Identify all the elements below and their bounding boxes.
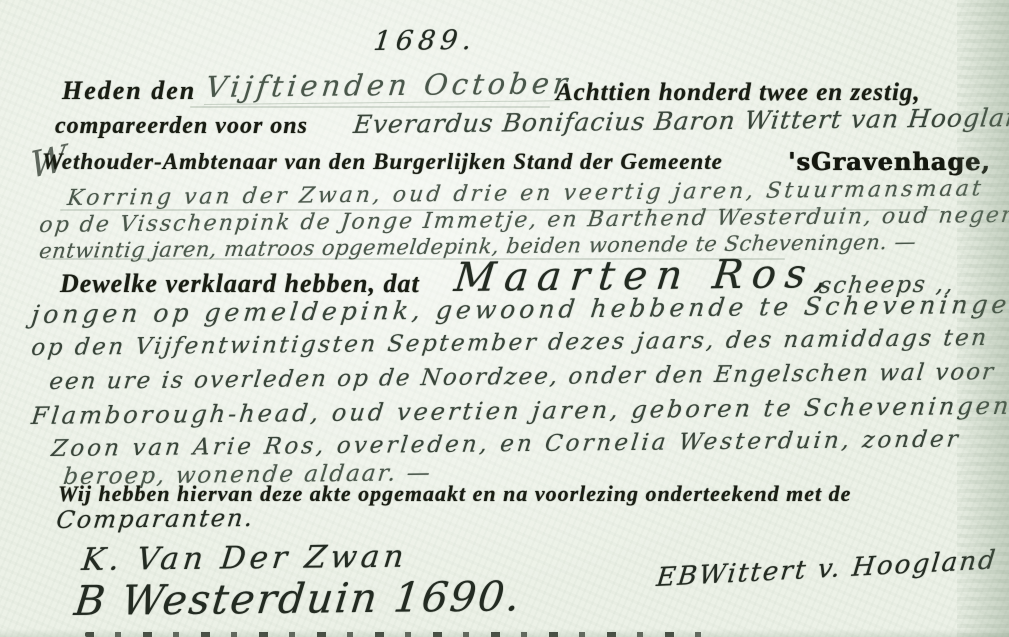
city-gravenhage: 'sGravenhage, (788, 147, 991, 176)
signature-wittert-van-hoogland: EBWittert v. Hoogland (655, 545, 999, 593)
closing-printed: Wij hebben hiervan deze akte opgemaakt e… (58, 481, 851, 507)
signature-westerduin: B Westerduin 1690. (72, 572, 524, 625)
body-line-5: Zoon van Arie Ros, overleden, en Corneli… (50, 426, 962, 462)
closing-comparanten: Comparanten. (55, 504, 256, 534)
opening-printed-heden-den: Heden den (62, 76, 196, 106)
date-handwritten: Vijftienden October (204, 66, 573, 105)
act-number: 1689. (372, 25, 478, 57)
death-certificate-scan: 1689. Heden den Vijftienden October Acht… (0, 0, 1009, 637)
official-title-printed: Wethouder-Ambtenaar van den Burgerlijken… (42, 149, 723, 175)
opening-year-printed: Achttien honderd twee en zestig, (556, 79, 921, 107)
cut-off-next-line-marks (85, 632, 705, 637)
declaration-printed: Dewelke verklaard hebben, dat (60, 269, 420, 299)
body-line-2: op den Vijfentwintigsten September dezes… (30, 325, 990, 361)
compareerden-printed: compareerden voor ons (55, 113, 308, 140)
signature-van-der-zwan: K. Van Der Zwan (80, 539, 410, 578)
official-name-handwritten: Everardus Bonifacius Baron Wittert van H… (352, 103, 1009, 139)
body-line-4: Flamborough-head, oud veertien jaren, ge… (30, 392, 1009, 430)
body-line-3: een ure is overleden op de Noordzee, ond… (48, 359, 997, 395)
